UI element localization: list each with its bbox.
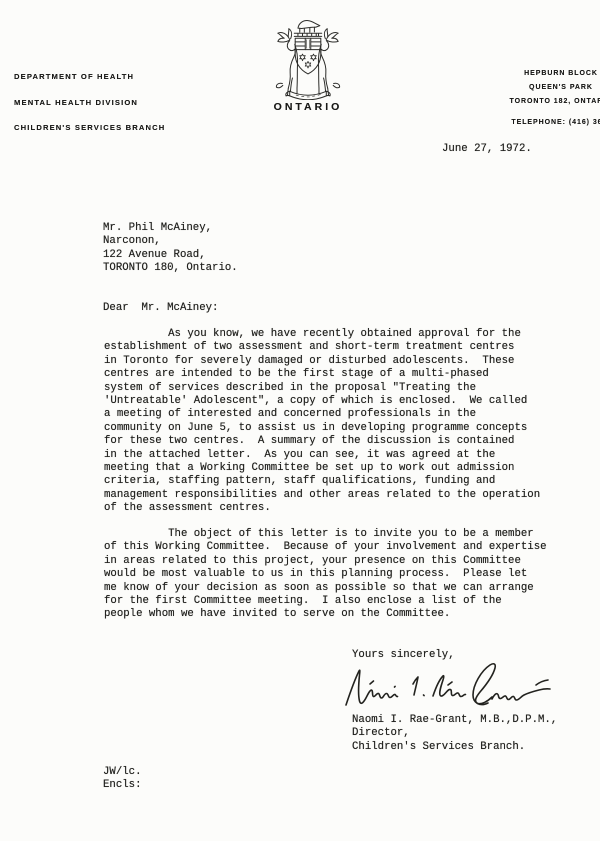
typist-reference: JW/lc. <box>103 766 141 779</box>
handwritten-signature <box>340 659 568 715</box>
enclosures-notation: Encls: <box>103 779 141 792</box>
salutation: Dear Mr. McAiney: <box>103 302 218 315</box>
date-line: June 27, 1972. <box>442 143 532 156</box>
ontario-coat-of-arms-icon <box>262 14 354 100</box>
recipient-address-block: Mr. Phil McAiney, Narconon, 122 Avenue R… <box>103 222 238 276</box>
body-paragraph-1: As you know, we have recently obtained a… <box>104 328 540 516</box>
letterhead-address-lines: HEPBURN BLOCK QUEEN'S PARK TORONTO 182, … <box>461 67 600 109</box>
signer-name-title-block: Naomi I. Rae-Grant, M.B.,D.P.M., Directo… <box>352 714 557 754</box>
letterhead-telephone: TELEPHONE: (416) 365- <box>461 119 600 126</box>
letterhead-department-lines: DEPARTMENT OF HEALTH MENTAL HEALTH DIVIS… <box>14 64 165 141</box>
scanned-letter-page: DEPARTMENT OF HEALTH MENTAL HEALTH DIVIS… <box>0 0 600 841</box>
body-paragraph-2: The object of this letter is to invite y… <box>104 528 547 622</box>
crest-label-ontario: ONTARIO <box>256 101 360 113</box>
